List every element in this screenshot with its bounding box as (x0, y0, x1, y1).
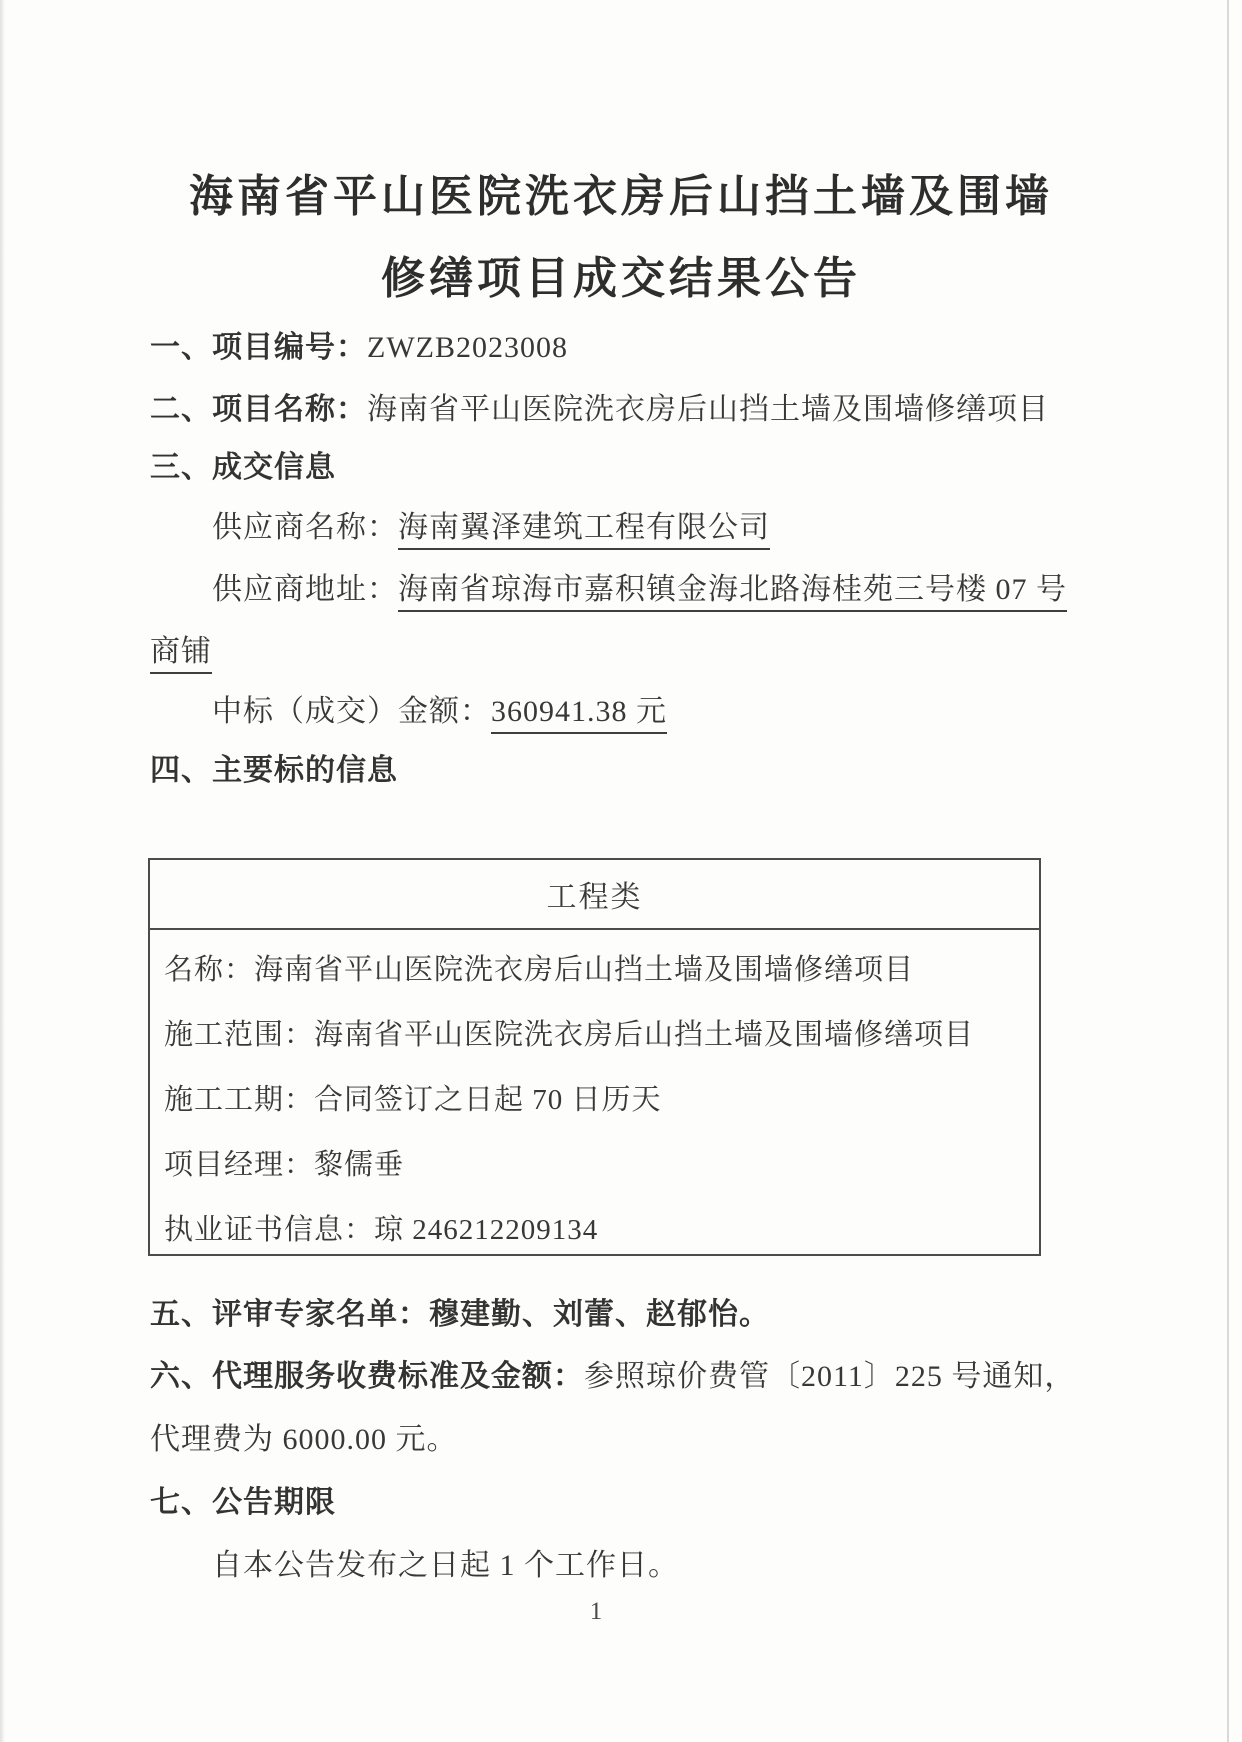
supplier-address-value-part1: 海南省琼海市嘉积镇金海北路海桂苑三号楼 07 号 (398, 573, 1067, 612)
award-amount-line: 中标（成交）金额：360941.38 元 (212, 692, 667, 732)
main-info-table: 工程类 名称：海南省平山医院洗衣房后山挡土墙及围墙修缮项目 施工范围：海南省平山… (148, 858, 1041, 1256)
section-1: 一、项目编号：ZWZB2023008 (150, 328, 568, 368)
announcement-period-text: 自本公告发布之日起 1 个工作日。 (212, 1549, 679, 1582)
award-amount-label: 中标（成交）金额： (212, 695, 491, 728)
section-2-label: 项目名称： (212, 393, 367, 426)
section-3-number: 三、 (150, 451, 212, 484)
section-6-number: 六、 (150, 1360, 212, 1393)
table-row-certificate: 执业证书信息：琼 246212209134 (164, 1198, 1039, 1263)
table-row-name: 名称：海南省平山医院洗衣房后山挡土墙及围墙修缮项目 (164, 938, 1039, 1003)
document-page: 海南省平山医院洗衣房后山挡土墙及围墙 修缮项目成交结果公告 一、项目编号：ZWZ… (0, 0, 1242, 1742)
agency-fee-value-part1: 参照琼价费管〔2011〕225 号通知， (584, 1360, 1075, 1393)
supplier-address-line-2: 商铺 (150, 632, 212, 672)
section-5-label: 评审专家名单： (212, 1298, 429, 1331)
announcement-period-body: 自本公告发布之日起 1 个工作日。 (212, 1546, 679, 1586)
section-3: 三、成交信息 (150, 448, 336, 488)
section-3-label: 成交信息 (212, 451, 336, 484)
section-1-label: 项目编号： (212, 331, 367, 364)
section-2: 二、项目名称：海南省平山医院洗衣房后山挡土墙及围墙修缮项目 (150, 390, 1049, 430)
page-number: 1 (0, 1598, 1192, 1626)
project-name-value: 海南省平山医院洗衣房后山挡土墙及围墙修缮项目 (367, 393, 1049, 426)
title-line-1: 海南省平山医院洗衣房后山挡土墙及围墙 (0, 156, 1242, 238)
section-1-number: 一、 (150, 331, 212, 364)
supplier-name-label: 供应商名称： (212, 511, 398, 544)
title-line-2: 修缮项目成交结果公告 (0, 238, 1242, 320)
section-4-label: 主要标的信息 (212, 754, 398, 787)
section-6-line-2: 代理费为 6000.00 元。 (150, 1420, 458, 1460)
table-row-manager: 项目经理：黎儒垂 (164, 1133, 1039, 1198)
table-body-cell: 名称：海南省平山医院洗衣房后山挡土墙及围墙修缮项目 施工范围：海南省平山医院洗衣… (150, 930, 1039, 1263)
table-header-cell: 工程类 (150, 860, 1039, 930)
table-row-scope: 施工范围：海南省平山医院洗衣房后山挡土墙及围墙修缮项目 (164, 1003, 1039, 1068)
document-title: 海南省平山医院洗衣房后山挡土墙及围墙 修缮项目成交结果公告 (0, 156, 1242, 320)
supplier-name-value: 海南翼泽建筑工程有限公司 (398, 511, 770, 550)
supplier-address-label: 供应商地址： (212, 573, 398, 606)
supplier-address-line-1: 供应商地址：海南省琼海市嘉积镇金海北路海桂苑三号楼 07 号 (212, 570, 1067, 610)
project-number-value: ZWZB2023008 (367, 331, 568, 364)
expert-list-value: 穆建勤、刘蕾、赵郁怡。 (429, 1298, 770, 1331)
section-7: 七、公告期限 (150, 1483, 336, 1523)
supplier-name-line: 供应商名称：海南翼泽建筑工程有限公司 (212, 508, 770, 548)
section-6-label: 代理服务收费标准及金额： (212, 1360, 584, 1393)
section-4: 四、主要标的信息 (150, 751, 398, 791)
section-7-label: 公告期限 (212, 1486, 336, 1519)
supplier-address-value-part2: 商铺 (150, 635, 212, 674)
section-5: 五、评审专家名单：穆建勤、刘蕾、赵郁怡。 (150, 1295, 770, 1335)
agency-fee-value-part2: 代理费为 6000.00 元。 (150, 1423, 458, 1456)
section-2-number: 二、 (150, 393, 212, 426)
award-amount-value: 360941.38 元 (491, 695, 667, 734)
section-6-line-1: 六、代理服务收费标准及金额：参照琼价费管〔2011〕225 号通知， (150, 1357, 1075, 1397)
section-7-number: 七、 (150, 1486, 212, 1519)
section-4-number: 四、 (150, 754, 212, 787)
table-row-duration: 施工工期：合同签订之日起 70 日历天 (164, 1068, 1039, 1133)
section-5-number: 五、 (150, 1298, 212, 1331)
